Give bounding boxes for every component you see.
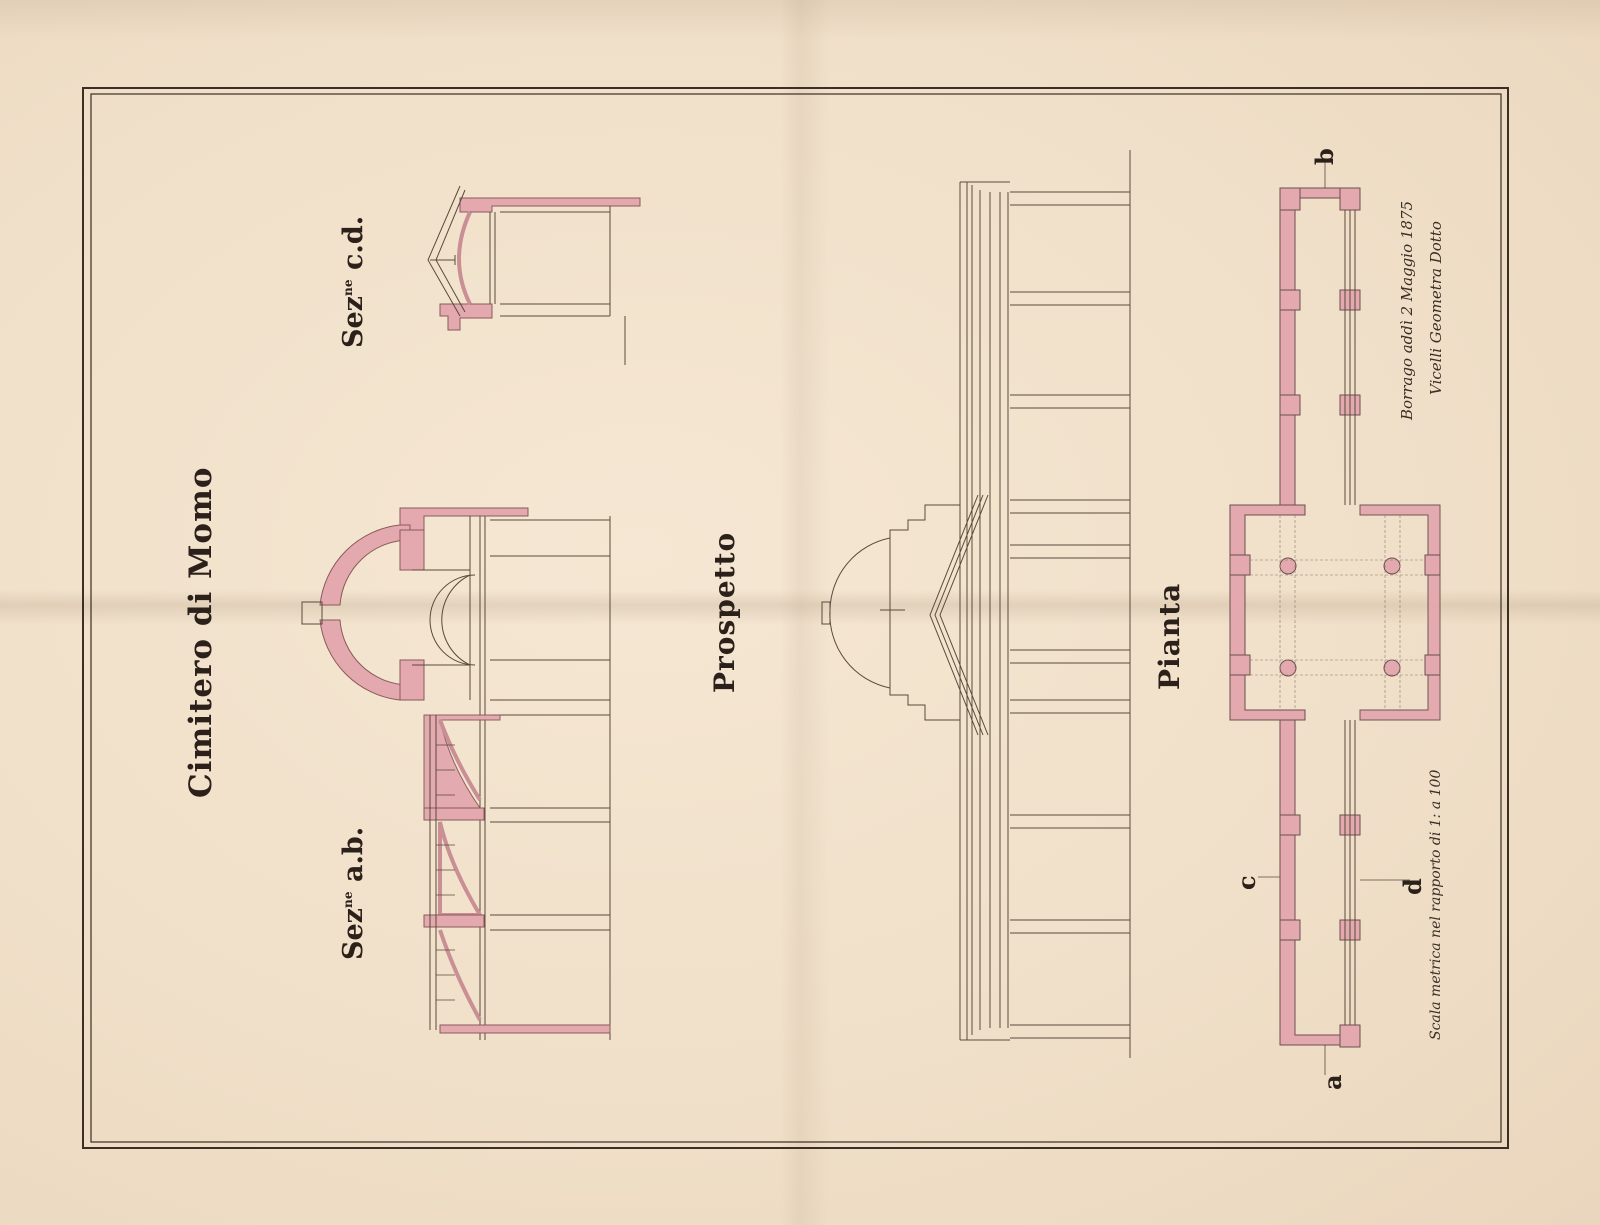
section-cd-suffix: c.d. <box>338 216 369 270</box>
section-ab-drawing <box>302 508 610 1040</box>
scale-note: Scala metrica nel rapporto di 1: a 100 <box>1428 770 1444 1040</box>
document-title: Cimitero di Momo <box>183 466 219 798</box>
elevation-label: Prospetto <box>708 532 741 693</box>
section-cd-drawing <box>428 186 640 365</box>
marker-d: d <box>1398 878 1427 895</box>
section-ab-label: Sezne a.b. <box>338 827 369 960</box>
section-ab-sup: ne <box>341 891 355 908</box>
section-ab-prefix: Sez <box>338 908 369 960</box>
marker-b: b <box>1310 148 1339 165</box>
section-cd-sup: ne <box>341 279 355 296</box>
drawing-sheet: Cimitero di Momo Sezne c.d. Sezne a.b. P… <box>0 0 1600 1225</box>
elevation-drawing <box>822 150 1130 1058</box>
section-cd-prefix: Sez <box>338 296 369 348</box>
section-cd-label: Sezne c.d. <box>338 216 369 348</box>
signature-date-line: Borrago addì 2 Maggio 1875 <box>1398 201 1416 420</box>
signature-name-line: Vicelli Geometra Dotto <box>1427 221 1445 395</box>
marker-c: c <box>1232 875 1261 890</box>
section-ab-suffix: a.b. <box>338 827 369 882</box>
marker-a: a <box>1318 1074 1347 1090</box>
architectural-drawing <box>0 0 1600 1225</box>
plan-label: Pianta <box>1153 583 1186 690</box>
